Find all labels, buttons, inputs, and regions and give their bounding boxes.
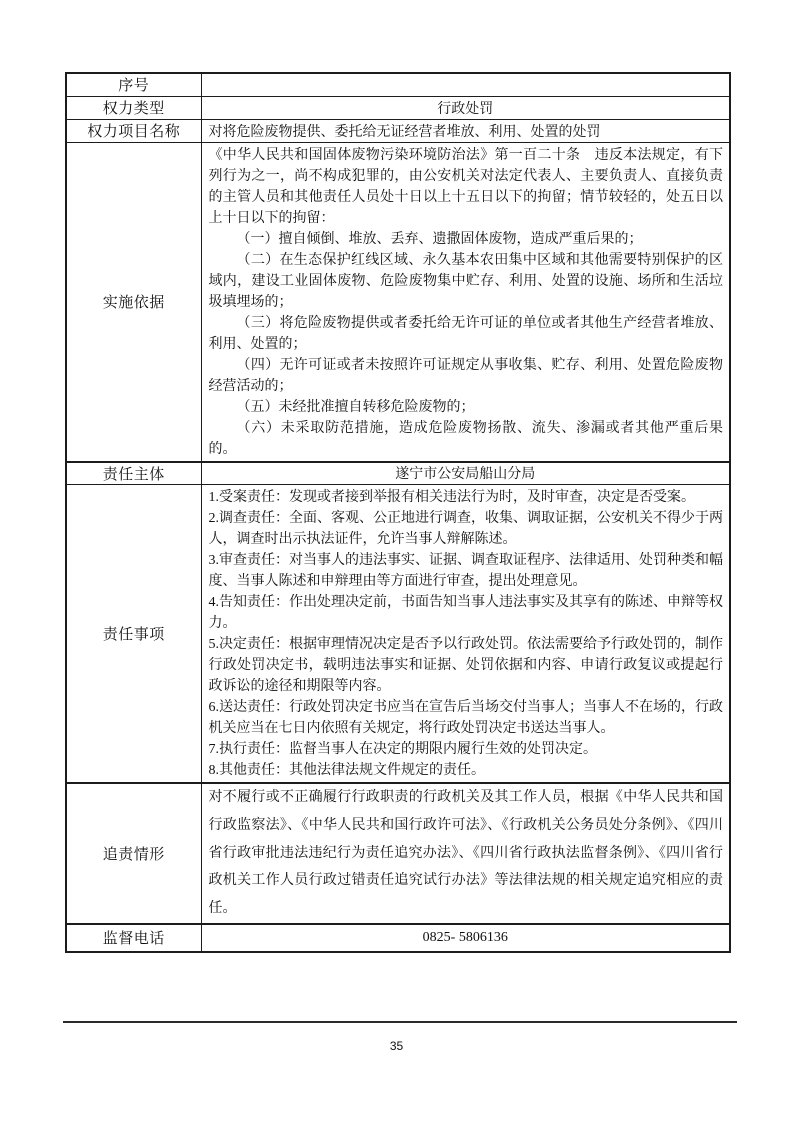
table-row: 责任主体 遂宁市公安局船山分局: [66, 462, 730, 485]
supervision-phone-value: 0825- 5806136: [201, 924, 730, 952]
footer-divider: [63, 1021, 737, 1023]
implementation-basis-value: 《中华人民共和国固体废物污染环境防治法》第一百二十条 违反本法规定，有下列行为之…: [201, 142, 730, 462]
power-item-name-value: 对将危险废物提供、委托给无证经营者堆放、利用、处置的处罚: [201, 119, 730, 142]
duty-paragraph: 1.受案责任：发现或者接到举报有相关违法行为时，及时审查，决定是否受案。: [209, 487, 724, 508]
power-type-value: 行政处罚: [201, 96, 730, 119]
duty-paragraph: 8.其他责任：其他法律法规文件规定的责任。: [209, 760, 724, 781]
basis-paragraph: 《中华人民共和国固体废物污染环境防治法》第一百二十条 违反本法规定，有下列行为之…: [209, 145, 724, 229]
duty-paragraph: 6.送达责任：行政处罚决定书应当在宣告后当场交付当事人；当事人不在场的，行政机关…: [209, 697, 724, 739]
table-row: 实施依据 《中华人民共和国固体废物污染环境防治法》第一百二十条 违反本法规定，有…: [66, 142, 730, 462]
serial-number-label: 序号: [66, 73, 201, 96]
basis-paragraph: （六）未采取防范措施，造成危险废物扬散、流失、渗漏或者其他严重后果的。: [209, 418, 724, 460]
accountability-situations-value: 对不履行或不正确履行行政职责的行政机关及其工作人员，根据《中华人民共和国行政监察…: [201, 783, 730, 924]
table-row: 序号: [66, 73, 730, 96]
duty-paragraph: 4.告知责任：作出处理决定前，书面告知当事人违法事实及其享有的陈述、申辩等权力。: [209, 592, 724, 634]
table-row: 权力类型 行政处罚: [66, 96, 730, 119]
implementation-basis-label: 实施依据: [66, 142, 201, 462]
power-type-label: 权力类型: [66, 96, 201, 119]
duty-paragraph: 3.审查责任：对当事人的违法事实、证据、调查取证程序、法律适用、处罚种类和幅度、…: [209, 550, 724, 592]
basis-paragraph: （二）在生态保护红线区域、永久基本农田集中区域和其他需要特别保护的区域内，建设工…: [209, 250, 724, 313]
accountability-situations-label: 追责情形: [66, 783, 201, 924]
document-page: 序号 权力类型 行政处罚 权力项目名称 对将危险废物提供、委托给无证经营者堆放、…: [0, 0, 793, 1122]
table-row: 追责情形 对不履行或不正确履行行政职责的行政机关及其工作人员，根据《中华人民共和…: [66, 783, 730, 924]
responsible-entity-value: 遂宁市公安局船山分局: [201, 462, 730, 485]
duty-paragraph: 7.执行责任：监督当事人在决定的期限内履行生效的处罚决定。: [209, 739, 724, 760]
basis-paragraph: （四）无许可证或者未按照许可证规定从事收集、贮存、利用、处置危险废物经营活动的；: [209, 355, 724, 397]
page-number: 35: [0, 1039, 793, 1053]
accountability-paragraph: 对不履行或不正确履行行政职责的行政机关及其工作人员，根据《中华人民共和国行政监察…: [209, 784, 724, 923]
table-row: 责任事项 1.受案责任：发现或者接到举报有相关违法行为时，及时审查，决定是否受案…: [66, 485, 730, 784]
responsibility-items-value: 1.受案责任：发现或者接到举报有相关违法行为时，及时审查，决定是否受案。 2.调…: [201, 485, 730, 784]
basis-paragraph: （一）擅自倾倒、堆放、丢弃、遗撒固体废物，造成严重后果的；: [209, 229, 724, 250]
responsibility-items-label: 责任事项: [66, 485, 201, 784]
duty-paragraph: 2.调查责任：全面、客观、公正地进行调查，收集、调取证据，公安机关不得少于两人，…: [209, 508, 724, 550]
duty-paragraph: 5.决定责任：根据审理情况决定是否予以行政处罚。依法需要给予行政处罚的，制作行政…: [209, 634, 724, 697]
serial-number-value: [201, 73, 730, 96]
power-item-table: 序号 权力类型 行政处罚 权力项目名称 对将危险废物提供、委托给无证经营者堆放、…: [65, 72, 731, 953]
responsible-entity-label: 责任主体: [66, 462, 201, 485]
basis-paragraph: （五）未经批准擅自转移危险废物的；: [209, 397, 724, 418]
basis-paragraph: （三）将危险废物提供或者委托给无许可证的单位或者其他生产经营者堆放、利用、处置的…: [209, 313, 724, 355]
power-item-name-label: 权力项目名称: [66, 119, 201, 142]
table-row: 权力项目名称 对将危险废物提供、委托给无证经营者堆放、利用、处置的处罚: [66, 119, 730, 142]
table-row: 监督电话 0825- 5806136: [66, 924, 730, 952]
supervision-phone-label: 监督电话: [66, 924, 201, 952]
